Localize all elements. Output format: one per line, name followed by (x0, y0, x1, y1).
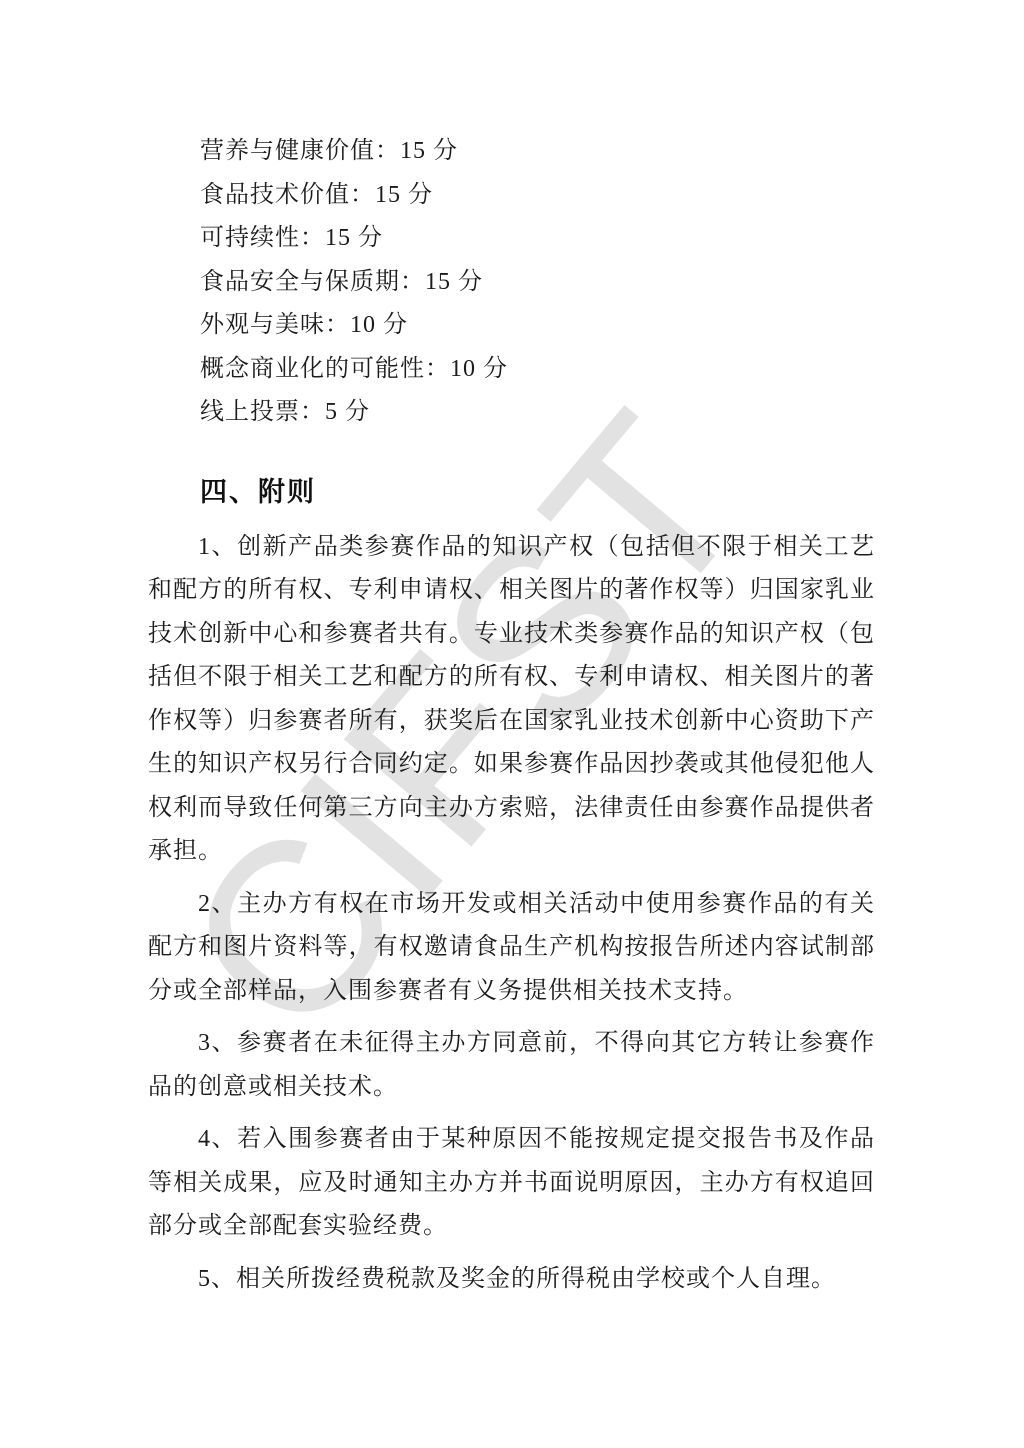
paragraph: 3、参赛者在未征得主办方同意前，不得向其它方转让参赛作品的创意或相关技术。 (148, 1022, 875, 1109)
section-paragraphs: 1、创新产品类参赛作品的知识产权（包括但不限于相关工艺和配方的所有权、专利申请权… (148, 526, 875, 1302)
scoring-criteria-item: 食品技术价值：15 分 (148, 174, 875, 218)
scoring-criteria-item: 概念商业化的可能性：10 分 (148, 348, 875, 392)
document-page: CIFST 营养与健康价值：15 分 食品技术价值：15 分 可持续性：15 分… (0, 0, 1024, 1448)
scoring-criteria-item: 可持续性：15 分 (148, 217, 875, 261)
document-content: 营养与健康价值：15 分 食品技术价值：15 分 可持续性：15 分 食品安全与… (148, 130, 875, 1301)
scoring-criteria-item: 营养与健康价值：15 分 (148, 130, 875, 174)
scoring-criteria-item: 外观与美味：10 分 (148, 304, 875, 348)
paragraph: 2、主办方有权在市场开发或相关活动中使用参赛作品的有关配方和图片资料等，有权邀请… (148, 883, 875, 1014)
paragraph: 1、创新产品类参赛作品的知识产权（包括但不限于相关工艺和配方的所有权、专利申请权… (148, 526, 875, 874)
paragraph: 4、若入围参赛者由于某种原因不能按规定提交报告书及作品等相关成果，应及时通知主办… (148, 1118, 875, 1249)
paragraph: 5、相关所拨经费税款及奖金的所得税由学校或个人自理。 (148, 1258, 875, 1302)
scoring-criteria-list: 营养与健康价值：15 分 食品技术价值：15 分 可持续性：15 分 食品安全与… (148, 130, 875, 435)
scoring-criteria-item: 线上投票：5 分 (148, 391, 875, 435)
scoring-criteria-item: 食品安全与保质期：15 分 (148, 261, 875, 305)
section-heading: 四、附则 (148, 471, 875, 513)
